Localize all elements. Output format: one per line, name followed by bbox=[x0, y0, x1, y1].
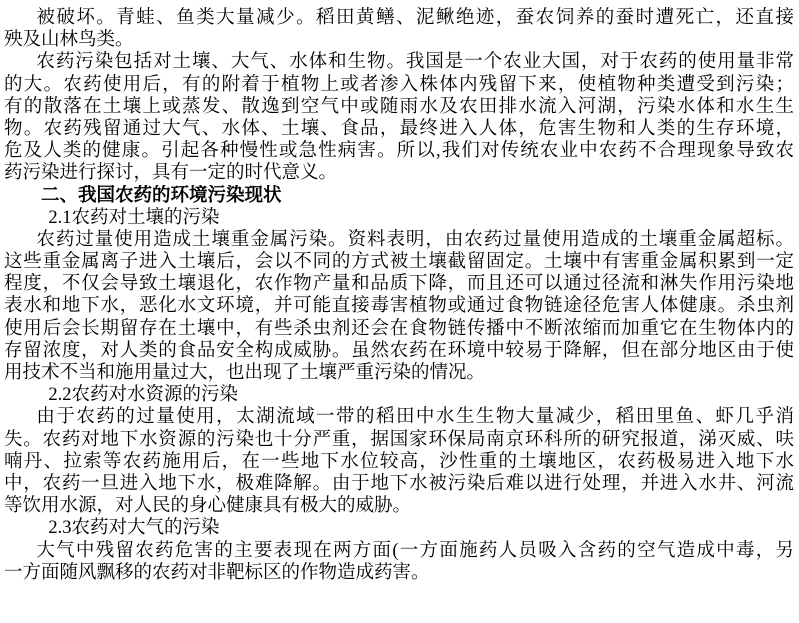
text-line: 用技术不当和施用量过大，也出现了土壤严重污染的情况。 bbox=[4, 362, 794, 384]
text-line: 物。农药残留通过大气、水体、土壤、食品，最终进入人体，危害生物和人类的生存环境， bbox=[4, 118, 794, 140]
text-line: 使用后会长期留存在土壤中，有些杀虫剂还会在食物链传播中不断浓缩而加重它在生物体内… bbox=[4, 318, 794, 340]
text-line: 存留浓度，对人类的食品安全构成威胁。虽然农药在环境中较易于降解，但在部分地区由于… bbox=[4, 340, 794, 362]
subsection-heading: 2.1农药对土壤的污染 bbox=[4, 207, 794, 229]
text-line: 农药污染包括对土壤、大气、水体和生物。我国是一个农业大国，对于农药的使用量非常 bbox=[4, 51, 794, 73]
text-line: 危及人类的健康。引起各种慢性或急性病害。所以,我们对传统农业中农药不合理现象导致… bbox=[4, 140, 794, 162]
text-line: 大气中残留农药危害的主要表现在两方面(一方面施药人员吸入含药的空气造成中毒，另 bbox=[4, 540, 794, 562]
text-line: 表水和地下水，恶化水文环境，并可能直接毒害植物或通过食物链途径危害人体健康。杀虫… bbox=[4, 295, 794, 317]
text-line: 一方面随风飘移的农药对非靶标区的作物造成药害。 bbox=[4, 562, 794, 584]
text-line: 这些重金属离子进入土壤后，会以不同的方式被土壤截留固定。土壤中有害重金属积累到一… bbox=[4, 251, 794, 273]
text-line: 的大。农药使用后，有的附着于植物上或者渗入株体内残留下来，使植物种类遭受到污染； bbox=[4, 74, 794, 96]
text-line: 中，农药一旦进入地下水，极难降解。由于地下水被污染后难以进行处理，并进入水井、河… bbox=[4, 473, 794, 495]
subsection-heading: 2.3农药对大气的污染 bbox=[4, 517, 794, 539]
subsection-heading: 2.2农药对水资源的污染 bbox=[4, 384, 794, 406]
text-line: 药污染进行探讨，具有一定的时代意义。 bbox=[4, 162, 794, 184]
text-line: 程度，不仅会导致土壤退化，农作物产量和品质下降，而且还可以通过径流和淋失作用污染… bbox=[4, 273, 794, 295]
text-line: 失。农药对地下水资源的污染也十分严重，据国家环保局南京环科所的研究报道，涕灭威、… bbox=[4, 429, 794, 451]
text-line: 殃及山林鸟类。 bbox=[4, 29, 794, 51]
text-line: 被破坏。青蛙、鱼类大量减少。稻田黄鳝、泥鳅绝迹，蚕农饲养的蚕时遭死亡，还直接 bbox=[4, 7, 794, 29]
section-heading: 二、我国农药的环境污染现状 bbox=[4, 185, 794, 207]
text-line: 农药过量使用造成土壤重金属污染。资料表明，由农药过量使用造成的土壤重金属超标。 bbox=[4, 229, 794, 251]
document-body: 被破坏。青蛙、鱼类大量减少。稻田黄鳝、泥鳅绝迹，蚕农饲养的蚕时遭死亡，还直接殃及… bbox=[4, 7, 794, 584]
text-line: 喃丹、拉索等农药施用后，在一些地下水位较高，沙性重的土壤地区，农药极易进入地下水 bbox=[4, 451, 794, 473]
text-line: 由于农药的过量使用，太湖流域一带的稻田中水生生物大量减少，稻田里鱼、虾几乎消 bbox=[4, 406, 794, 428]
text-line: 等饮用水源，对人民的身心健康具有极大的威胁。 bbox=[4, 495, 794, 517]
document-page: 被破坏。青蛙、鱼类大量减少。稻田黄鳝、泥鳅绝迹，蚕农饲养的蚕时遭死亡，还直接殃及… bbox=[0, 0, 799, 623]
text-line: 有的散落在土壤上或蒸发、散逸到空气中或随雨水及农田排水流入河湖，污染水体和水生生 bbox=[4, 96, 794, 118]
